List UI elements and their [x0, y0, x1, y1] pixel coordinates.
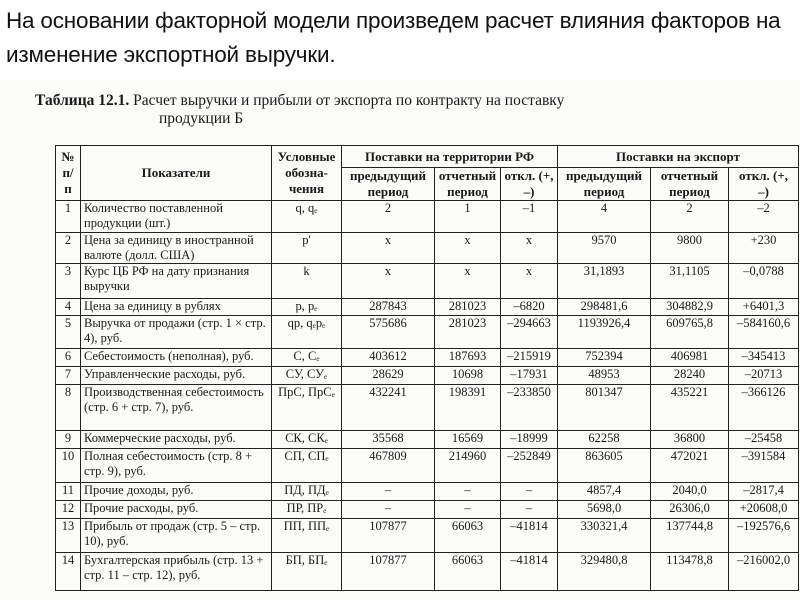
export-prev-cell: 752394 [558, 349, 651, 367]
export-prev-cell: 801347 [558, 385, 651, 431]
symbol-cell: p' [272, 233, 342, 264]
export-prev-cell: 5698,0 [558, 501, 651, 519]
indicator-cell: Выручка от продажи (стр. 1 × стр. 4), ру… [81, 316, 272, 349]
domestic-curr-cell: 1 [435, 201, 501, 233]
table-caption-line2: продукции Б [35, 110, 675, 128]
domestic-prev-cell: x [342, 264, 435, 299]
table-row: 2Цена за единицу в иностранной валюте (д… [56, 233, 799, 264]
table-caption-label: Таблица 12.1. [35, 92, 129, 109]
domestic-curr-cell: 10698 [435, 367, 501, 385]
header-indicator: Показатели [81, 146, 272, 201]
domestic-dev-cell: –233850 [501, 385, 558, 431]
indicator-cell: Коммерческие расходы, руб. [81, 431, 272, 449]
export-curr-cell: 28240 [651, 367, 729, 385]
domestic-curr-cell: 187693 [435, 349, 501, 367]
indicator-cell: Производственная себестоимость (стр. 6 +… [81, 385, 272, 431]
row-number: 13 [56, 519, 81, 553]
export-dev-cell: –584160,6 [729, 316, 799, 349]
export-curr-cell: 609765,8 [651, 316, 729, 349]
domestic-prev-cell: 432241 [342, 385, 435, 431]
export-curr-cell: 36800 [651, 431, 729, 449]
indicator-cell: Полная себестоимость (стр. 8 + стр. 9), … [81, 449, 272, 483]
indicator-cell: Прочие доходы, руб. [81, 483, 272, 501]
export-curr-cell: 113478,8 [651, 553, 729, 591]
domestic-curr-cell: 66063 [435, 519, 501, 553]
domestic-prev-cell: 28629 [342, 367, 435, 385]
export-curr-cell: 435221 [651, 385, 729, 431]
export-curr-cell: 304882,9 [651, 299, 729, 316]
table-row: 3Курс ЦБ РФ на дату признания выручкиkxx… [56, 264, 799, 299]
domestic-curr-cell: 66063 [435, 553, 501, 591]
table-caption: Таблица 12.1. Расчет выручки и прибыли о… [35, 92, 675, 128]
domestic-curr-cell: 214960 [435, 449, 501, 483]
row-number: 6 [56, 349, 81, 367]
indicator-cell: Себестоимость (неполная), руб. [81, 349, 272, 367]
row-number: 4 [56, 299, 81, 316]
domestic-dev-cell: –215919 [501, 349, 558, 367]
export-dev-cell: –345413 [729, 349, 799, 367]
domestic-curr-cell: 281023 [435, 316, 501, 349]
indicator-cell: Прибыль от продаж (стр. 5 – стр. 10), ру… [81, 519, 272, 553]
indicator-cell: Количество поставленной продукции (шт.) [81, 201, 272, 233]
export-curr-cell: 137744,8 [651, 519, 729, 553]
table-row: 13Прибыль от продаж (стр. 5 – стр. 10), … [56, 519, 799, 553]
header-export-dev: откл. (+, –) [729, 168, 799, 201]
row-number: 3 [56, 264, 81, 299]
export-curr-cell: 472021 [651, 449, 729, 483]
header-export-prev: предыдущий период [558, 168, 651, 201]
symbol-cell: p, pₑ [272, 299, 342, 316]
domestic-dev-cell: –41814 [501, 519, 558, 553]
row-number: 5 [56, 316, 81, 349]
domestic-prev-cell: 107877 [342, 519, 435, 553]
symbol-cell: БП, БПₑ [272, 553, 342, 591]
symbol-cell: ПП, ППₑ [272, 519, 342, 553]
intro-text: На основании факторной модели произведем… [6, 4, 796, 72]
domestic-curr-cell: 198391 [435, 385, 501, 431]
row-number: 14 [56, 553, 81, 591]
table-row: 8Производственная себестоимость (стр. 6 … [56, 385, 799, 431]
table-row: 9Коммерческие расходы, руб.СК, СКₑ355681… [56, 431, 799, 449]
domestic-prev-cell: x [342, 233, 435, 264]
domestic-prev-cell: 2 [342, 201, 435, 233]
export-dev-cell: +20608,0 [729, 501, 799, 519]
domestic-curr-cell: 281023 [435, 299, 501, 316]
domestic-prev-cell: 403612 [342, 349, 435, 367]
export-dev-cell: +230 [729, 233, 799, 264]
export-prev-cell: 9570 [558, 233, 651, 264]
table-row: 14Бухгалтерская прибыль (стр. 13 + стр. … [56, 553, 799, 591]
export-prev-cell: 863605 [558, 449, 651, 483]
export-prev-cell: 62258 [558, 431, 651, 449]
export-dev-cell: –2817,4 [729, 483, 799, 501]
symbol-cell: ПР, ПРₑ [272, 501, 342, 519]
export-dev-cell: –25458 [729, 431, 799, 449]
domestic-dev-cell: –18999 [501, 431, 558, 449]
domestic-curr-cell: 16569 [435, 431, 501, 449]
domestic-dev-cell: x [501, 233, 558, 264]
export-dev-cell: –192576,6 [729, 519, 799, 553]
header-symbols: Условные обозна-чения [272, 146, 342, 201]
domestic-dev-cell: –17931 [501, 367, 558, 385]
domestic-prev-cell: 575686 [342, 316, 435, 349]
row-number: 10 [56, 449, 81, 483]
domestic-prev-cell: – [342, 483, 435, 501]
export-dev-cell: –366126 [729, 385, 799, 431]
indicator-cell: Цена за единицу в иностранной валюте (до… [81, 233, 272, 264]
indicator-cell: Прочие расходы, руб. [81, 501, 272, 519]
export-prev-cell: 1193926,4 [558, 316, 651, 349]
domestic-curr-cell: x [435, 264, 501, 299]
domestic-prev-cell: 287843 [342, 299, 435, 316]
domestic-dev-cell: – [501, 483, 558, 501]
export-curr-cell: 26306,0 [651, 501, 729, 519]
export-prev-cell: 48953 [558, 367, 651, 385]
domestic-dev-cell: –41814 [501, 553, 558, 591]
domestic-dev-cell: –1 [501, 201, 558, 233]
domestic-dev-cell: –6820 [501, 299, 558, 316]
export-dev-cell: –391584 [729, 449, 799, 483]
row-number: 8 [56, 385, 81, 431]
export-dev-cell: –216002,0 [729, 553, 799, 591]
domestic-prev-cell: 35568 [342, 431, 435, 449]
domestic-prev-cell: 107877 [342, 553, 435, 591]
domestic-dev-cell: –252849 [501, 449, 558, 483]
domestic-curr-cell: x [435, 233, 501, 264]
export-prev-cell: 31,1893 [558, 264, 651, 299]
header-no: № п/п [56, 146, 81, 201]
export-dev-cell: –0,0788 [729, 264, 799, 299]
export-prev-cell: 4 [558, 201, 651, 233]
symbol-cell: q, qₑ [272, 201, 342, 233]
export-curr-cell: 2040,0 [651, 483, 729, 501]
table-row: 4Цена за единицу в рубляхp, pₑ2878432810… [56, 299, 799, 316]
indicator-cell: Управленческие расходы, руб. [81, 367, 272, 385]
symbol-cell: СУ, СУₑ [272, 367, 342, 385]
export-prev-cell: 4857,4 [558, 483, 651, 501]
header-domestic-dev: откл. (+, –) [501, 168, 558, 201]
symbol-cell: СК, СКₑ [272, 431, 342, 449]
indicator-cell: Бухгалтерская прибыль (стр. 13 + стр. 11… [81, 553, 272, 591]
symbol-cell: СП, СПₑ [272, 449, 342, 483]
domestic-dev-cell: – [501, 501, 558, 519]
table-row: 11Прочие доходы, руб.ПД, ПДₑ–––4857,4204… [56, 483, 799, 501]
row-number: 12 [56, 501, 81, 519]
header-export-group: Поставки на экспорт [558, 146, 799, 168]
export-curr-cell: 31,1105 [651, 264, 729, 299]
row-number: 9 [56, 431, 81, 449]
row-number: 11 [56, 483, 81, 501]
row-number: 7 [56, 367, 81, 385]
domestic-dev-cell: x [501, 264, 558, 299]
symbol-cell: С, Сₑ [272, 349, 342, 367]
header-domestic-group: Поставки на территории РФ [342, 146, 558, 168]
domestic-prev-cell: – [342, 501, 435, 519]
export-curr-cell: 9800 [651, 233, 729, 264]
export-prev-cell: 298481,6 [558, 299, 651, 316]
export-dev-cell: –20713 [729, 367, 799, 385]
table-row: 7Управленческие расходы, руб.СУ, СУₑ2862… [56, 367, 799, 385]
table-row: 12Прочие расходы, руб.ПР, ПРₑ–––5698,026… [56, 501, 799, 519]
table-row: 1Количество поставленной продукции (шт.)… [56, 201, 799, 233]
revenue-profit-table: № п/п Показатели Условные обозна-чения П… [55, 145, 799, 591]
domestic-dev-cell: –294663 [501, 316, 558, 349]
header-domestic-prev: предыдущий период [342, 168, 435, 201]
table-row: 5Выручка от продажи (стр. 1 × стр. 4), р… [56, 316, 799, 349]
header-export-curr: отчетный период [651, 168, 729, 201]
table-row: 6Себестоимость (неполная), руб.С, Сₑ4036… [56, 349, 799, 367]
table-row: 10Полная себестоимость (стр. 8 + стр. 9)… [56, 449, 799, 483]
export-prev-cell: 330321,4 [558, 519, 651, 553]
symbol-cell: k [272, 264, 342, 299]
indicator-cell: Цена за единицу в рублях [81, 299, 272, 316]
header-domestic-curr: отчетный период [435, 168, 501, 201]
symbol-cell: ПД, ПДₑ [272, 483, 342, 501]
row-number: 2 [56, 233, 81, 264]
table-caption-line1: Расчет выручки и прибыли от экспорта по … [133, 92, 564, 109]
symbol-cell: ПрС, ПрСₑ [272, 385, 342, 431]
export-prev-cell: 329480,8 [558, 553, 651, 591]
export-dev-cell: +6401,3 [729, 299, 799, 316]
symbol-cell: qp, qₑpₑ [272, 316, 342, 349]
export-dev-cell: –2 [729, 201, 799, 233]
export-curr-cell: 406981 [651, 349, 729, 367]
domestic-prev-cell: 467809 [342, 449, 435, 483]
row-number: 1 [56, 201, 81, 233]
domestic-curr-cell: – [435, 501, 501, 519]
indicator-cell: Курс ЦБ РФ на дату признания выручки [81, 264, 272, 299]
domestic-curr-cell: – [435, 483, 501, 501]
export-curr-cell: 2 [651, 201, 729, 233]
